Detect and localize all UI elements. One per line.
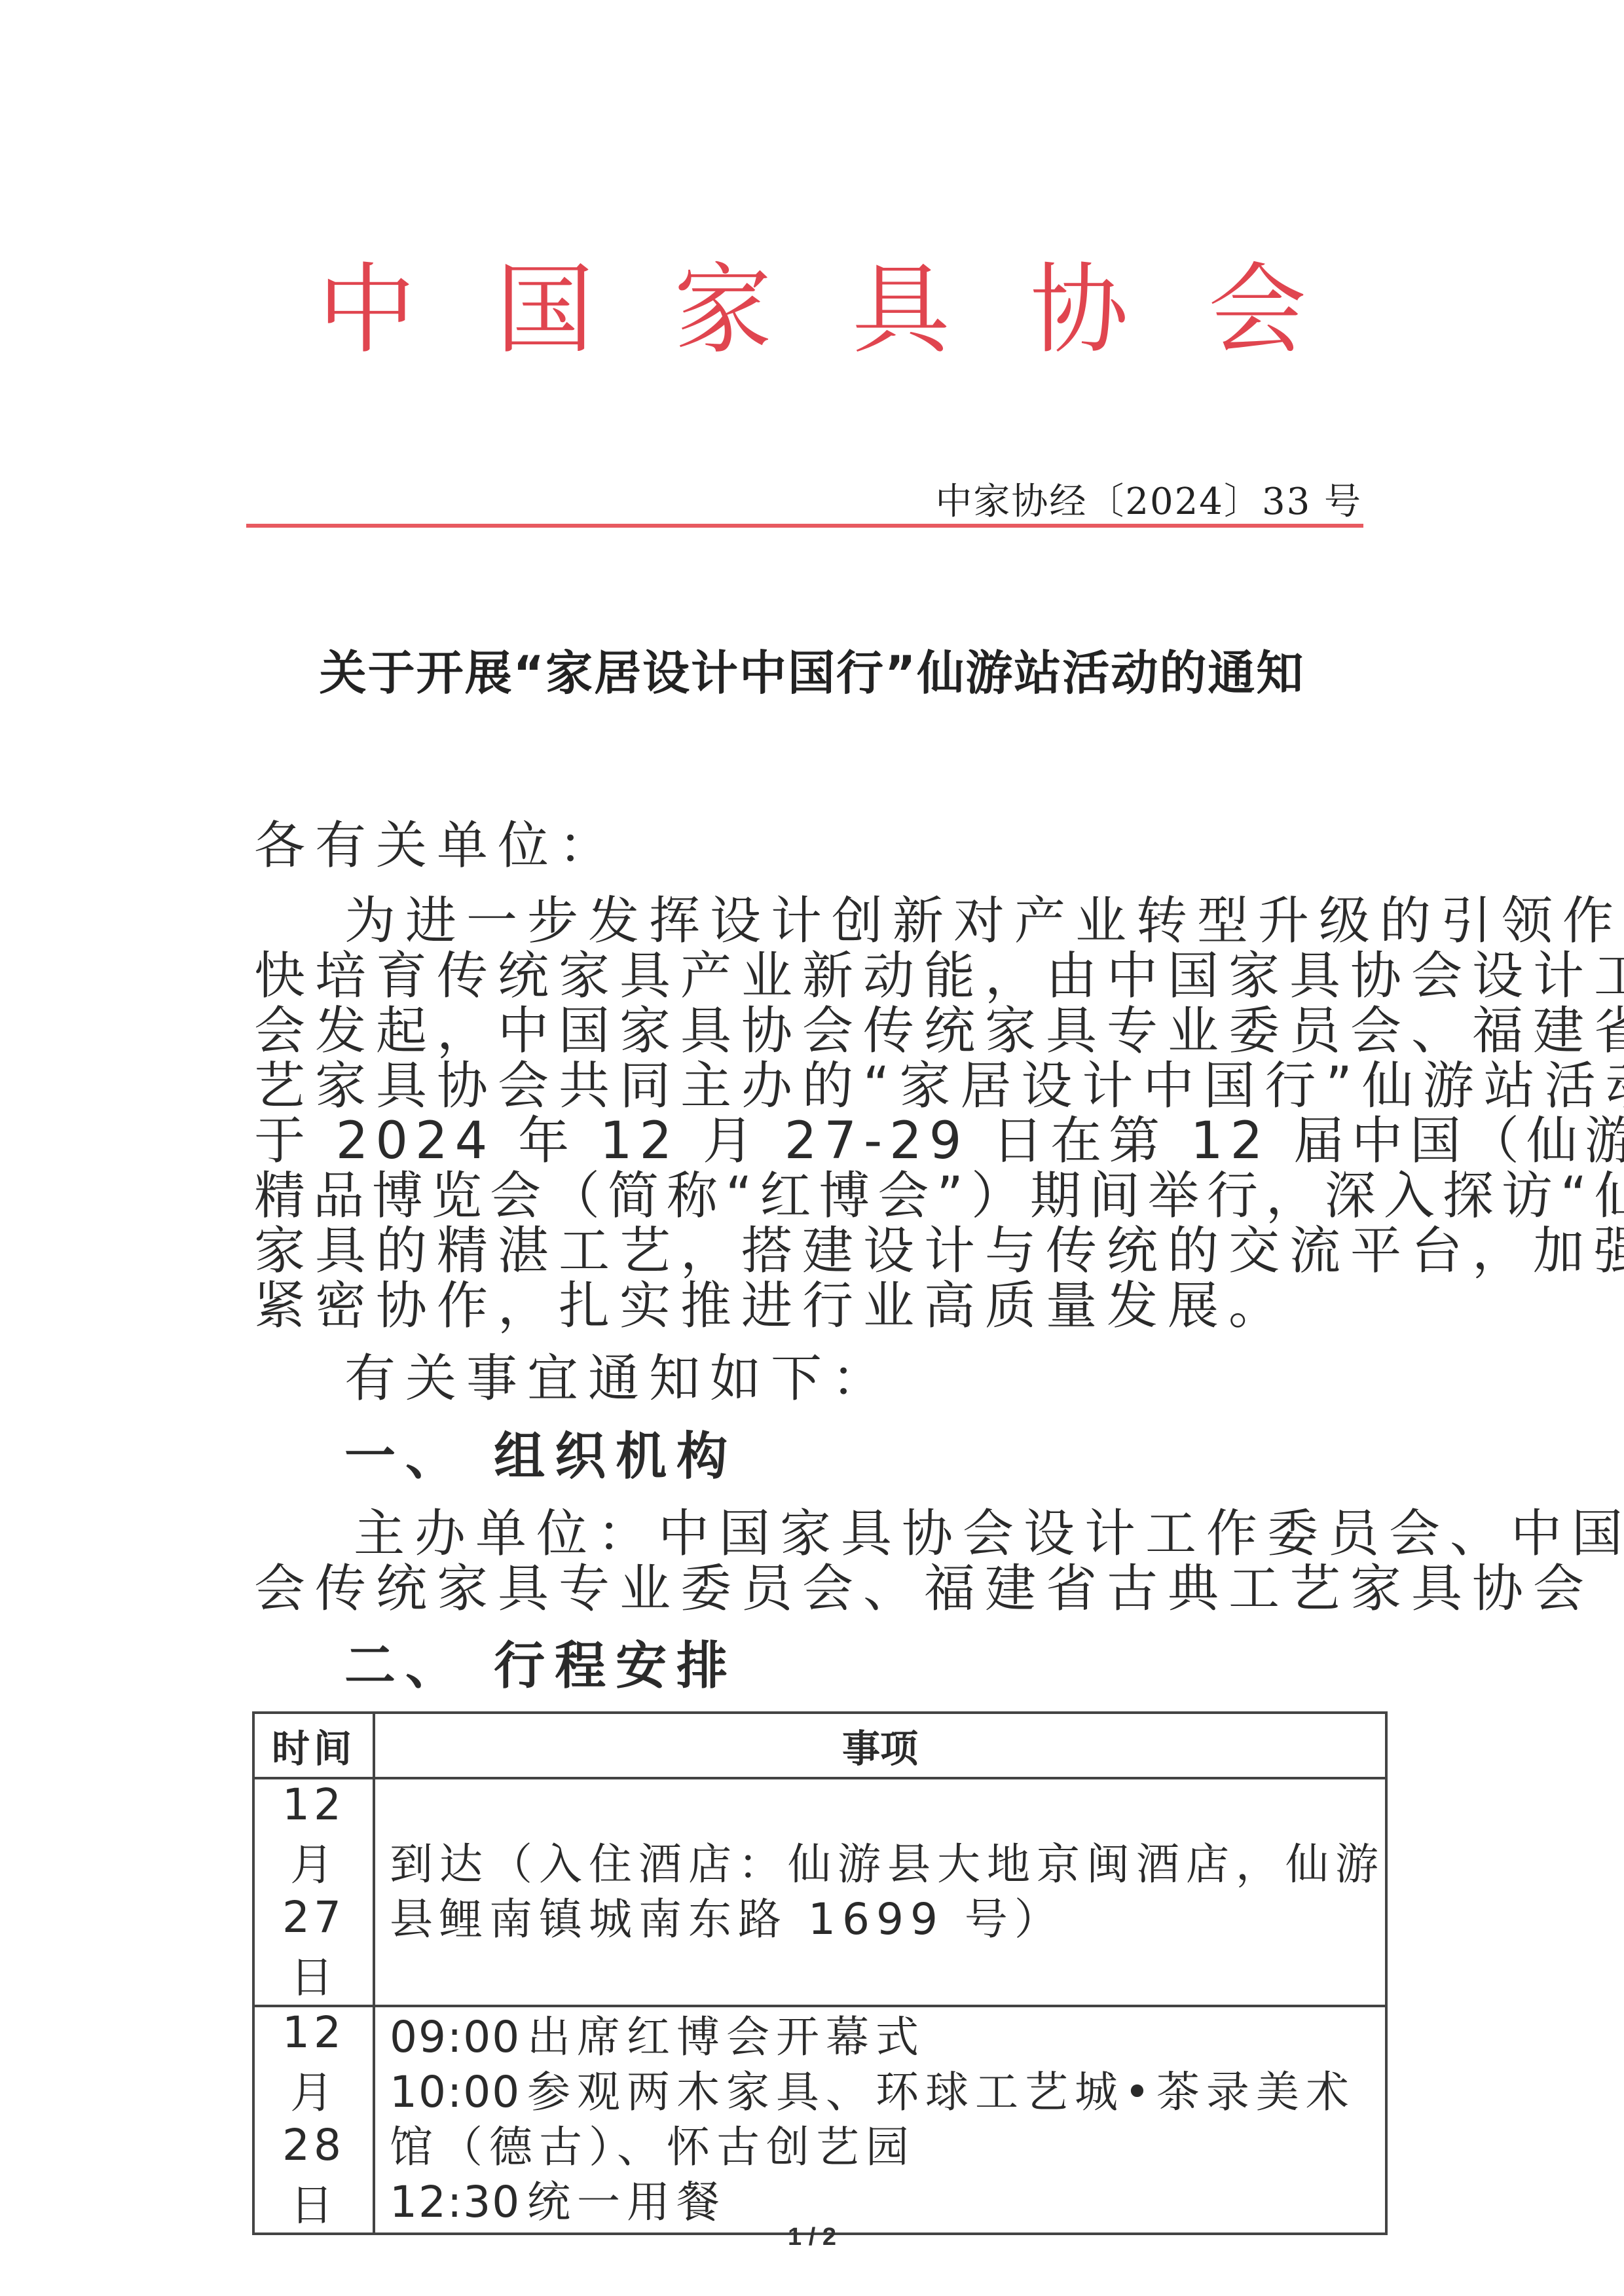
column-header-item: 事项: [374, 1713, 1386, 1778]
event-time: 09:00: [390, 2010, 527, 2065]
paragraph-line: 艺家具协会共同主办的“家居设计中国行”仙游站活动，将: [254, 1059, 1624, 1114]
section-line: 主办单位：中国家具协会设计工作委员会、中国家具协: [354, 1506, 1624, 1561]
schedule-table: 时间 事项 12 月 27 日 到达（入住酒店：仙游县大地京闽酒店，仙游 县鲤南…: [252, 1711, 1388, 2235]
table-row: 12 月 27 日 到达（入住酒店：仙游县大地京闽酒店，仙游 县鲤南镇城南东路 …: [253, 1778, 1386, 2006]
event-line: 馆（德古）、怀古创艺园: [390, 2120, 1385, 2175]
section-line: 会传统家具专业委员会、福建省古典工艺家具协会: [254, 1561, 1594, 1616]
event-line: 10:00参观两木家具、环球工艺城•茶录美术: [390, 2065, 1385, 2120]
row-items: 09:00出席红博会开幕式 10:00参观两木家具、环球工艺城•茶录美术 馆（德…: [374, 2006, 1386, 2234]
paragraph-line: 家具的精湛工艺，搭建设计与传统的交流平台，加强产业链: [254, 1224, 1624, 1279]
letterhead-char: 中: [314, 230, 419, 372]
row-date: 12 月 28 日: [253, 2006, 374, 2234]
notice-intro: 有关事宜通知如下：: [344, 1351, 893, 1406]
org-letterhead: 中 国 家 具 协 会: [314, 236, 1310, 367]
paragraph-line: 精品博览会（简称“红博会”）期间举行，深入探访“仙作”: [254, 1169, 1624, 1224]
event-line: 09:00出席红博会开幕式: [390, 2010, 1385, 2065]
salutation: 各有关单位：: [254, 818, 619, 873]
section-heading-schedule: 二、 行程安排: [344, 1639, 737, 1694]
event-line: 到达（入住酒店：仙游县大地京闽酒店，仙游: [390, 1837, 1385, 1892]
table-header-row: 时间 事项: [253, 1713, 1386, 1778]
paragraph-line: 会发起，中国家具协会传统家具专业委员会、福建省古典工: [254, 1004, 1624, 1059]
letterhead-char: 具: [849, 230, 953, 372]
letterhead-char: 协: [1027, 230, 1132, 372]
event-line: 12:30统一用餐: [390, 2175, 1385, 2230]
letterhead-char: 国: [492, 230, 597, 372]
row-date: 12 月 27 日: [253, 1778, 374, 2006]
event-text: 参观两木家具、环球工艺城•茶录美术: [527, 2067, 1356, 2117]
letterhead-char: 会: [1205, 230, 1310, 372]
section-heading-organization: 一、 组织机构: [344, 1429, 737, 1484]
table-row: 12 月 28 日 09:00出席红博会开幕式 10:00参观两木家具、环球工艺…: [253, 2006, 1386, 2234]
paragraph-line: 紧密协作，扎实推进行业高质量发展。: [254, 1279, 1289, 1334]
event-text: 出席红博会开幕式: [527, 2012, 925, 2062]
event-time: 10:00: [390, 2065, 527, 2120]
column-header-time: 时间: [253, 1713, 374, 1778]
paragraph-line: 快培育传统家具产业新动能，由中国家具协会设计工作委员: [254, 949, 1624, 1004]
letterhead-char: 家: [671, 230, 775, 372]
event-text: 统一用餐: [527, 2177, 726, 2227]
red-divider-rule: [246, 524, 1363, 528]
event-time: 12:30: [390, 2175, 527, 2230]
event-line: 县鲤南镇城南东路 1699 号）: [390, 1892, 1385, 1947]
event-text: 馆（德古）、怀古创艺园: [390, 2122, 915, 2172]
paragraph-line: 于 2024 年 12 月 27-29 日在第 12 届中国（仙游）红木家具: [254, 1114, 1624, 1169]
page-indicator: 1 / 2: [0, 2223, 1624, 2251]
document-title: 关于开展“家居设计中国行”仙游站活动的通知: [249, 635, 1375, 703]
paragraph-line: 为进一步发挥设计创新对产业转型升级的引领作用，加: [344, 894, 1624, 949]
row-items: 到达（入住酒店：仙游县大地京闽酒店，仙游 县鲤南镇城南东路 1699 号）: [374, 1778, 1386, 2006]
document-number: 中家协经〔2024〕33 号: [935, 473, 1362, 525]
